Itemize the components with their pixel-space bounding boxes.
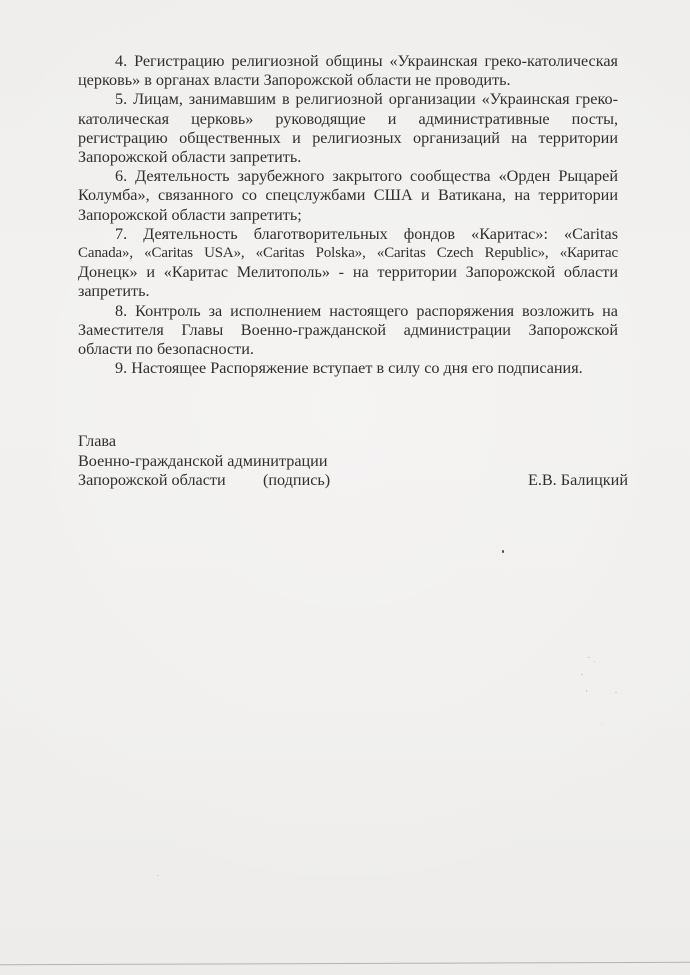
paragraph-line: 6. Деятельность зарубежного закрытого со… (78, 167, 618, 186)
paragraph-7: 7. Деятельность благотворительных фондов… (78, 225, 618, 302)
paragraph-line: Запорожской области запретить; (78, 206, 618, 225)
signatory-name: Е.В. Балицкий (528, 471, 628, 491)
signatory-region: Запорожской области (78, 471, 226, 489)
scan-dust-artifact (586, 690, 587, 692)
scanned-document-page: 4. Регистрацию религиозной общины «Украи… (0, 0, 690, 975)
paragraph-line: 9. Настоящее Распоряжение вступает в сил… (78, 359, 618, 378)
paragraph-line: Canada», «Caritas USA», «Caritas Polska»… (78, 244, 618, 263)
paragraph-5: 5. Лицам, занимавшим в религиозной орган… (78, 90, 618, 167)
paragraph-6: 6. Деятельность зарубежного закрытого со… (78, 167, 618, 225)
paragraph-line: Донецк» и «Каритас Мелитополь» - на терр… (78, 263, 618, 282)
paragraph-line: Колумба», связанного со спецслужбами США… (78, 186, 618, 205)
signatory-org-line: Военно-гражданской админитрации (78, 452, 628, 472)
signature-row: Запорожской области (подпись) Е.В. Балиц… (78, 471, 628, 491)
scan-dust-artifact (601, 724, 602, 725)
signature-placeholder: (подпись) (263, 471, 330, 491)
paragraph-line: церковь» в органах власти Запорожской об… (78, 71, 618, 90)
scan-paper-edge-artifact (0, 962, 690, 966)
paragraph-line: 5. Лицам, занимавшим в религиозной орган… (78, 90, 618, 109)
paragraph-line: 8. Контроль за исполнением настоящего ра… (78, 302, 618, 321)
ink-speck-artifact (502, 550, 504, 553)
paragraph-9: 9. Настоящее Распоряжение вступает в сил… (78, 359, 618, 378)
scan-dust-artifact (588, 657, 590, 658)
signature-block: Глава Военно-гражданской админитрации За… (78, 432, 628, 491)
signatory-title-line: Глава (78, 432, 628, 452)
paragraph-line: Запорожской области запретить. (78, 148, 618, 167)
paragraph-8: 8. Контроль за исполнением настоящего ра… (78, 302, 618, 360)
scan-dust-artifact (581, 674, 583, 675)
scan-dust-artifact (594, 661, 595, 662)
paragraph-line: области по безопасности. (78, 340, 618, 359)
paragraph-line: регистрацию общественных и религиозных о… (78, 129, 618, 148)
scan-dust-artifact (615, 692, 617, 693)
paragraph-line: запретить. (78, 282, 618, 301)
paragraph-line: 4. Регистрацию религиозной общины «Украи… (78, 52, 618, 71)
scan-dust-artifact (157, 875, 159, 876)
document-body: 4. Регистрацию религиозной общины «Украи… (78, 52, 618, 378)
paragraph-line: 7. Деятельность благотворительных фондов… (78, 225, 618, 244)
paragraph-4: 4. Регистрацию религиозной общины «Украи… (78, 52, 618, 90)
paragraph-line: католическая церковь» руководящие и адми… (78, 110, 618, 129)
paragraph-line: Заместителя Главы Военно-гражданской адм… (78, 321, 618, 340)
